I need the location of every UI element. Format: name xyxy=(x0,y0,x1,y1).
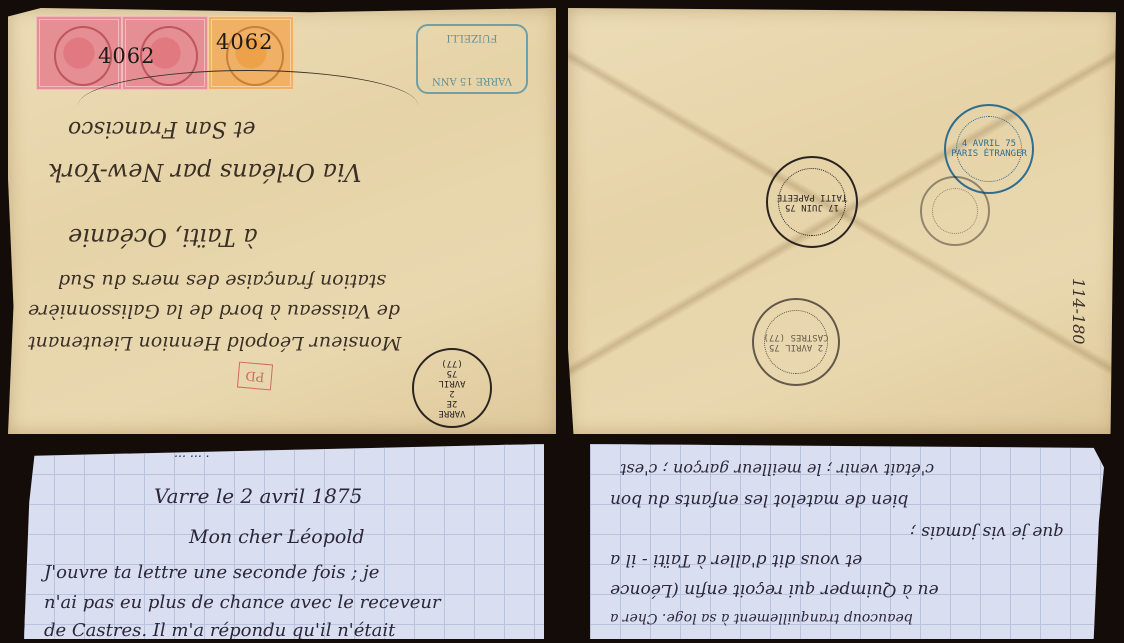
letter-line: de Castres. Il m'a répondu qu'il n'était xyxy=(44,620,395,641)
postmark-castres: 2 AVRIL 75 CASTRES (77) xyxy=(752,298,840,386)
postmark-faint xyxy=(920,176,990,246)
envelope-back: 4 AVRIL 75 PARIS ÉTRANGER 17 JUIN 75 TAI… xyxy=(568,8,1116,434)
letter-line: c'était venir ; le meilleur garçon ; c'e… xyxy=(620,460,934,479)
address-line: Via Orléans par New-York xyxy=(48,158,361,186)
date-stamp-day: 2 xyxy=(438,388,465,398)
letter-fragment: … … . xyxy=(174,446,209,460)
date-stamp-town: VARRE xyxy=(438,408,465,418)
letter-line: Mon cher Léopold xyxy=(189,526,365,548)
letter-line: eu à Quimper qui reçoit enfin (Léonce xyxy=(610,580,939,600)
date-stamp-time: 2E xyxy=(438,398,465,408)
letter-line: J'ouvre ta lettre une seconde fois ; je xyxy=(44,562,379,583)
date-stamp-year: 75 xyxy=(438,368,465,378)
address-line: Monsieur Léopold Hennion Lieutenant xyxy=(28,332,401,354)
address-line: de Vaisseau à bord de la Galissonnière xyxy=(28,300,400,322)
letter-page-1: … … . Varre le 2 avril 1875 Mon cher Léo… xyxy=(24,444,544,639)
pd-mark: PD xyxy=(237,362,273,391)
numeral-cancel: 4062 xyxy=(98,44,155,68)
address-line: à Taïti, Océanie xyxy=(68,223,258,251)
letter-line: n'ai pas eu plus de chance avec le recev… xyxy=(44,592,441,613)
letter-line: et vous dit d'aller à Taïti - il a xyxy=(610,550,862,570)
date-stamp-month: AVRIL xyxy=(438,378,465,388)
box-handstamp-line1: VARRE 15 ANN xyxy=(432,75,512,86)
address-line: et San Francisco xyxy=(68,116,255,141)
letter-line: Varre le 2 avril 1875 xyxy=(154,484,362,508)
letter-line: beaucoup tranquillement à sa loge. Cher … xyxy=(610,610,913,626)
address-line: station française des mers du Sud xyxy=(58,270,386,292)
date-stamp-varre: VARRE 2E 2 AVRIL 75 (77) xyxy=(412,348,492,428)
box-handstamp-line2: FUIZELLI xyxy=(447,32,498,43)
date-stamp-dept: (77) xyxy=(438,358,465,368)
letter-line: que je vis jamais ; xyxy=(910,522,1064,542)
letter-page-2: c'était venir ; le meilleur garçon ; c'e… xyxy=(590,444,1104,639)
postmark-taiti-papeete: 17 JUIN 75 TAITI PAPEETE xyxy=(766,156,858,248)
envelope-front: 4062 4062 VARRE 15 ANN FUIZELLI et San F… xyxy=(8,8,556,434)
letter-line: bien de matelot les enfants du bon xyxy=(610,490,908,510)
box-handstamp: VARRE 15 ANN FUIZELLI xyxy=(416,24,528,94)
numeral-cancel-2: 4062 xyxy=(216,30,273,54)
